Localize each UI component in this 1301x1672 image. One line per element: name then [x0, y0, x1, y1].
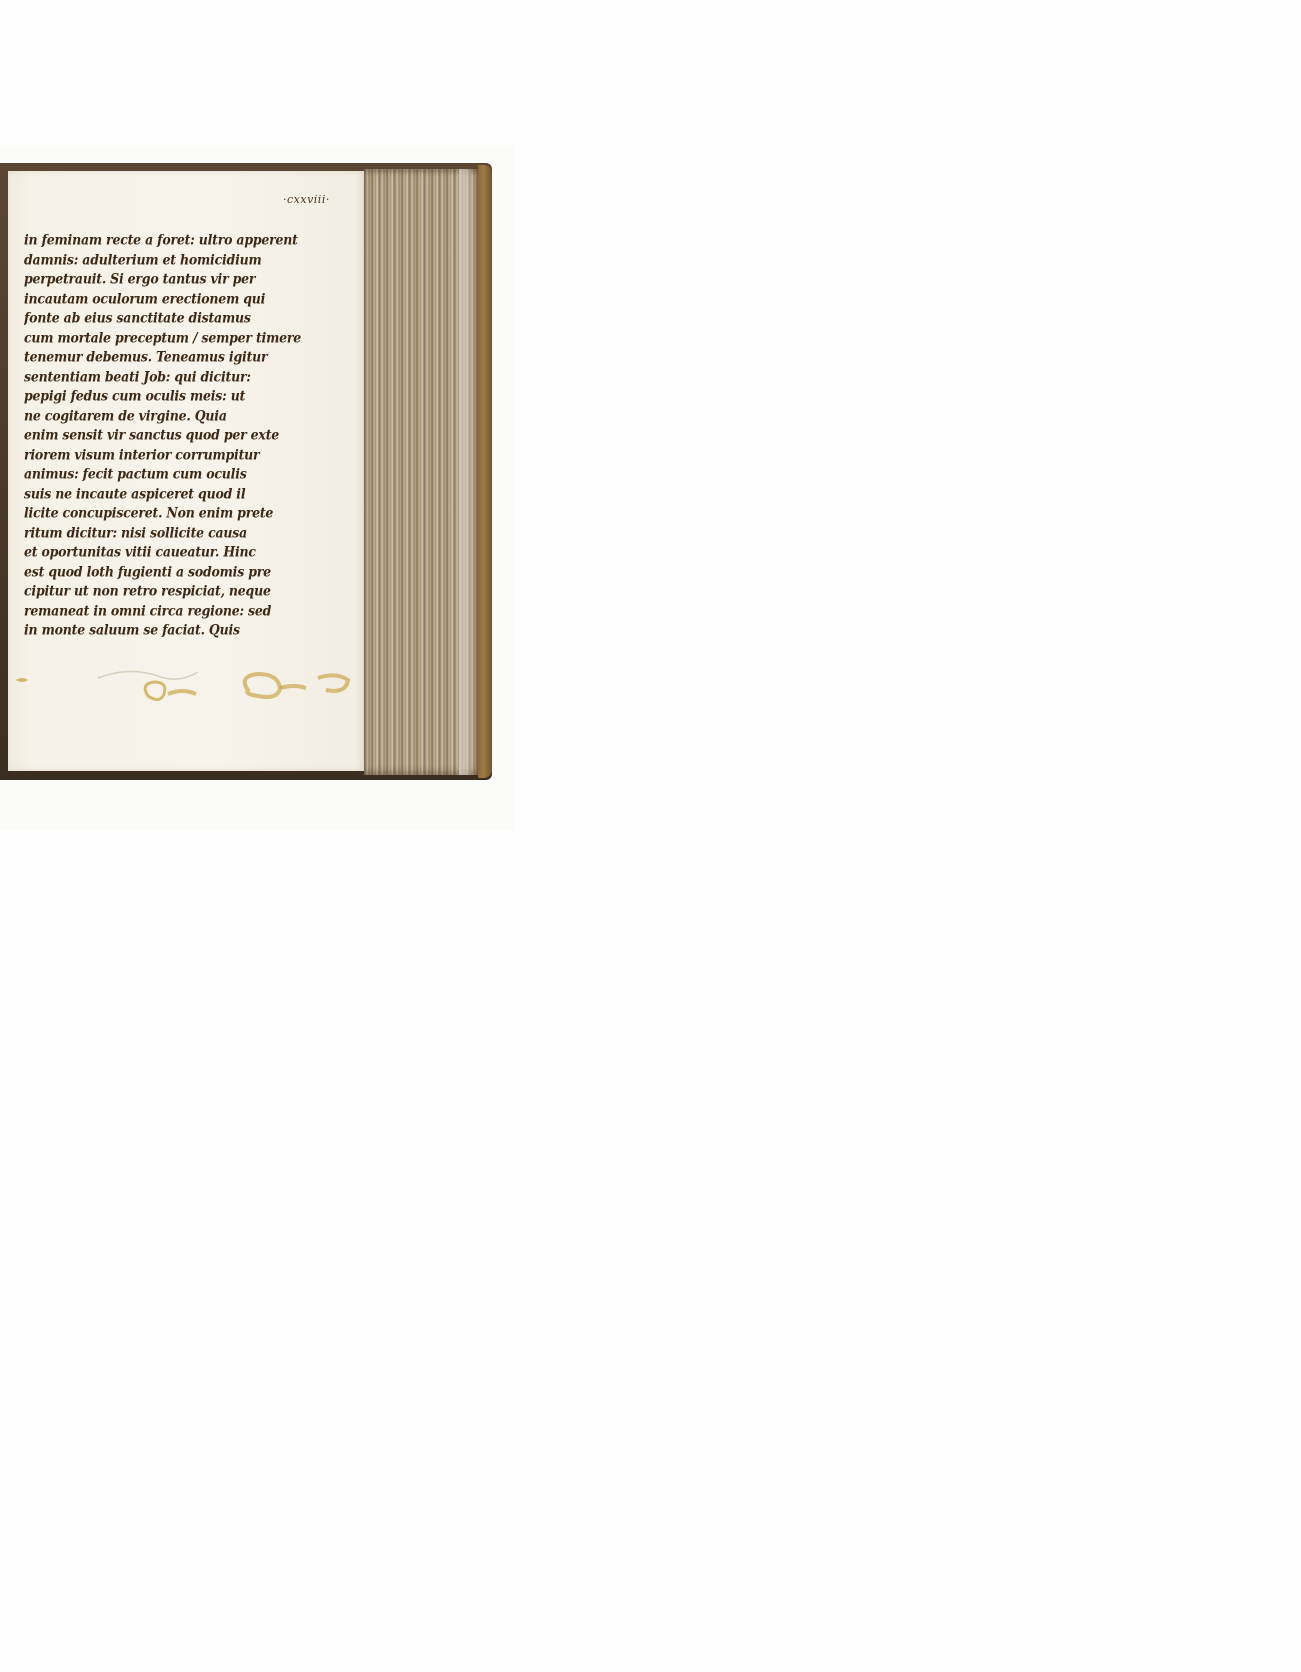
manuscript-photo: ·cxxviii· in feminam recte a foret: ultr… [0, 145, 515, 830]
text-line: in feminam recte a foret: ultro apperent [24, 229, 309, 250]
page-block-edges [364, 169, 478, 775]
cover-fore-edge [478, 165, 492, 778]
text-line: ne cogitarem de virgine. Quia [24, 405, 309, 426]
text-line: remaneat in omni circa regione: sed [24, 600, 309, 621]
text-line: et oportunitas vitii caueatur. Hinc [24, 541, 309, 562]
text-line: damnis: adulterium et homicidium [24, 249, 309, 270]
text-line: perpetrauit. Si ergo tantus vir per [24, 268, 309, 289]
text-line: licite concupisceret. Non enim prete [24, 502, 309, 523]
gold-flourish-decoration [8, 666, 364, 726]
text-line: tenemur debemus. Teneamus igitur [24, 346, 309, 367]
text-line: incautam oculorum erectionem qui [24, 288, 309, 309]
text-line: sententiam beati Job: qui dicitur: [24, 366, 309, 387]
edge-highlight [459, 169, 471, 775]
text-line: est quod loth fugienti a sodomis pre [24, 561, 309, 582]
text-line: riorem visum interior corrumpitur [24, 444, 309, 465]
text-line: suis ne incaute aspiceret quod il [24, 483, 309, 504]
folio-number: ·cxxviii· [283, 193, 330, 206]
text-line: fonte ab eius sanctitate distamus [24, 307, 309, 328]
text-line: cum mortale preceptum / semper timere [24, 327, 309, 348]
text-line: cipitur ut non retro respiciat, neque [24, 580, 309, 601]
text-line: animus: fecit pactum cum oculis [24, 463, 309, 484]
open-book: ·cxxviii· in feminam recte a foret: ultr… [0, 163, 492, 780]
text-line: in monte saluum se faciat. Quis [24, 619, 309, 640]
text-line: pepigi fedus cum oculis meis: ut [24, 385, 309, 406]
text-line: enim sensit vir sanctus quod per exte [24, 424, 309, 445]
manuscript-page: ·cxxviii· in feminam recte a foret: ultr… [8, 171, 364, 771]
manuscript-text-block: in feminam recte a foret: ultro apperent… [24, 230, 309, 640]
text-line: ritum dicitur: nisi sollicite causa [24, 522, 309, 543]
